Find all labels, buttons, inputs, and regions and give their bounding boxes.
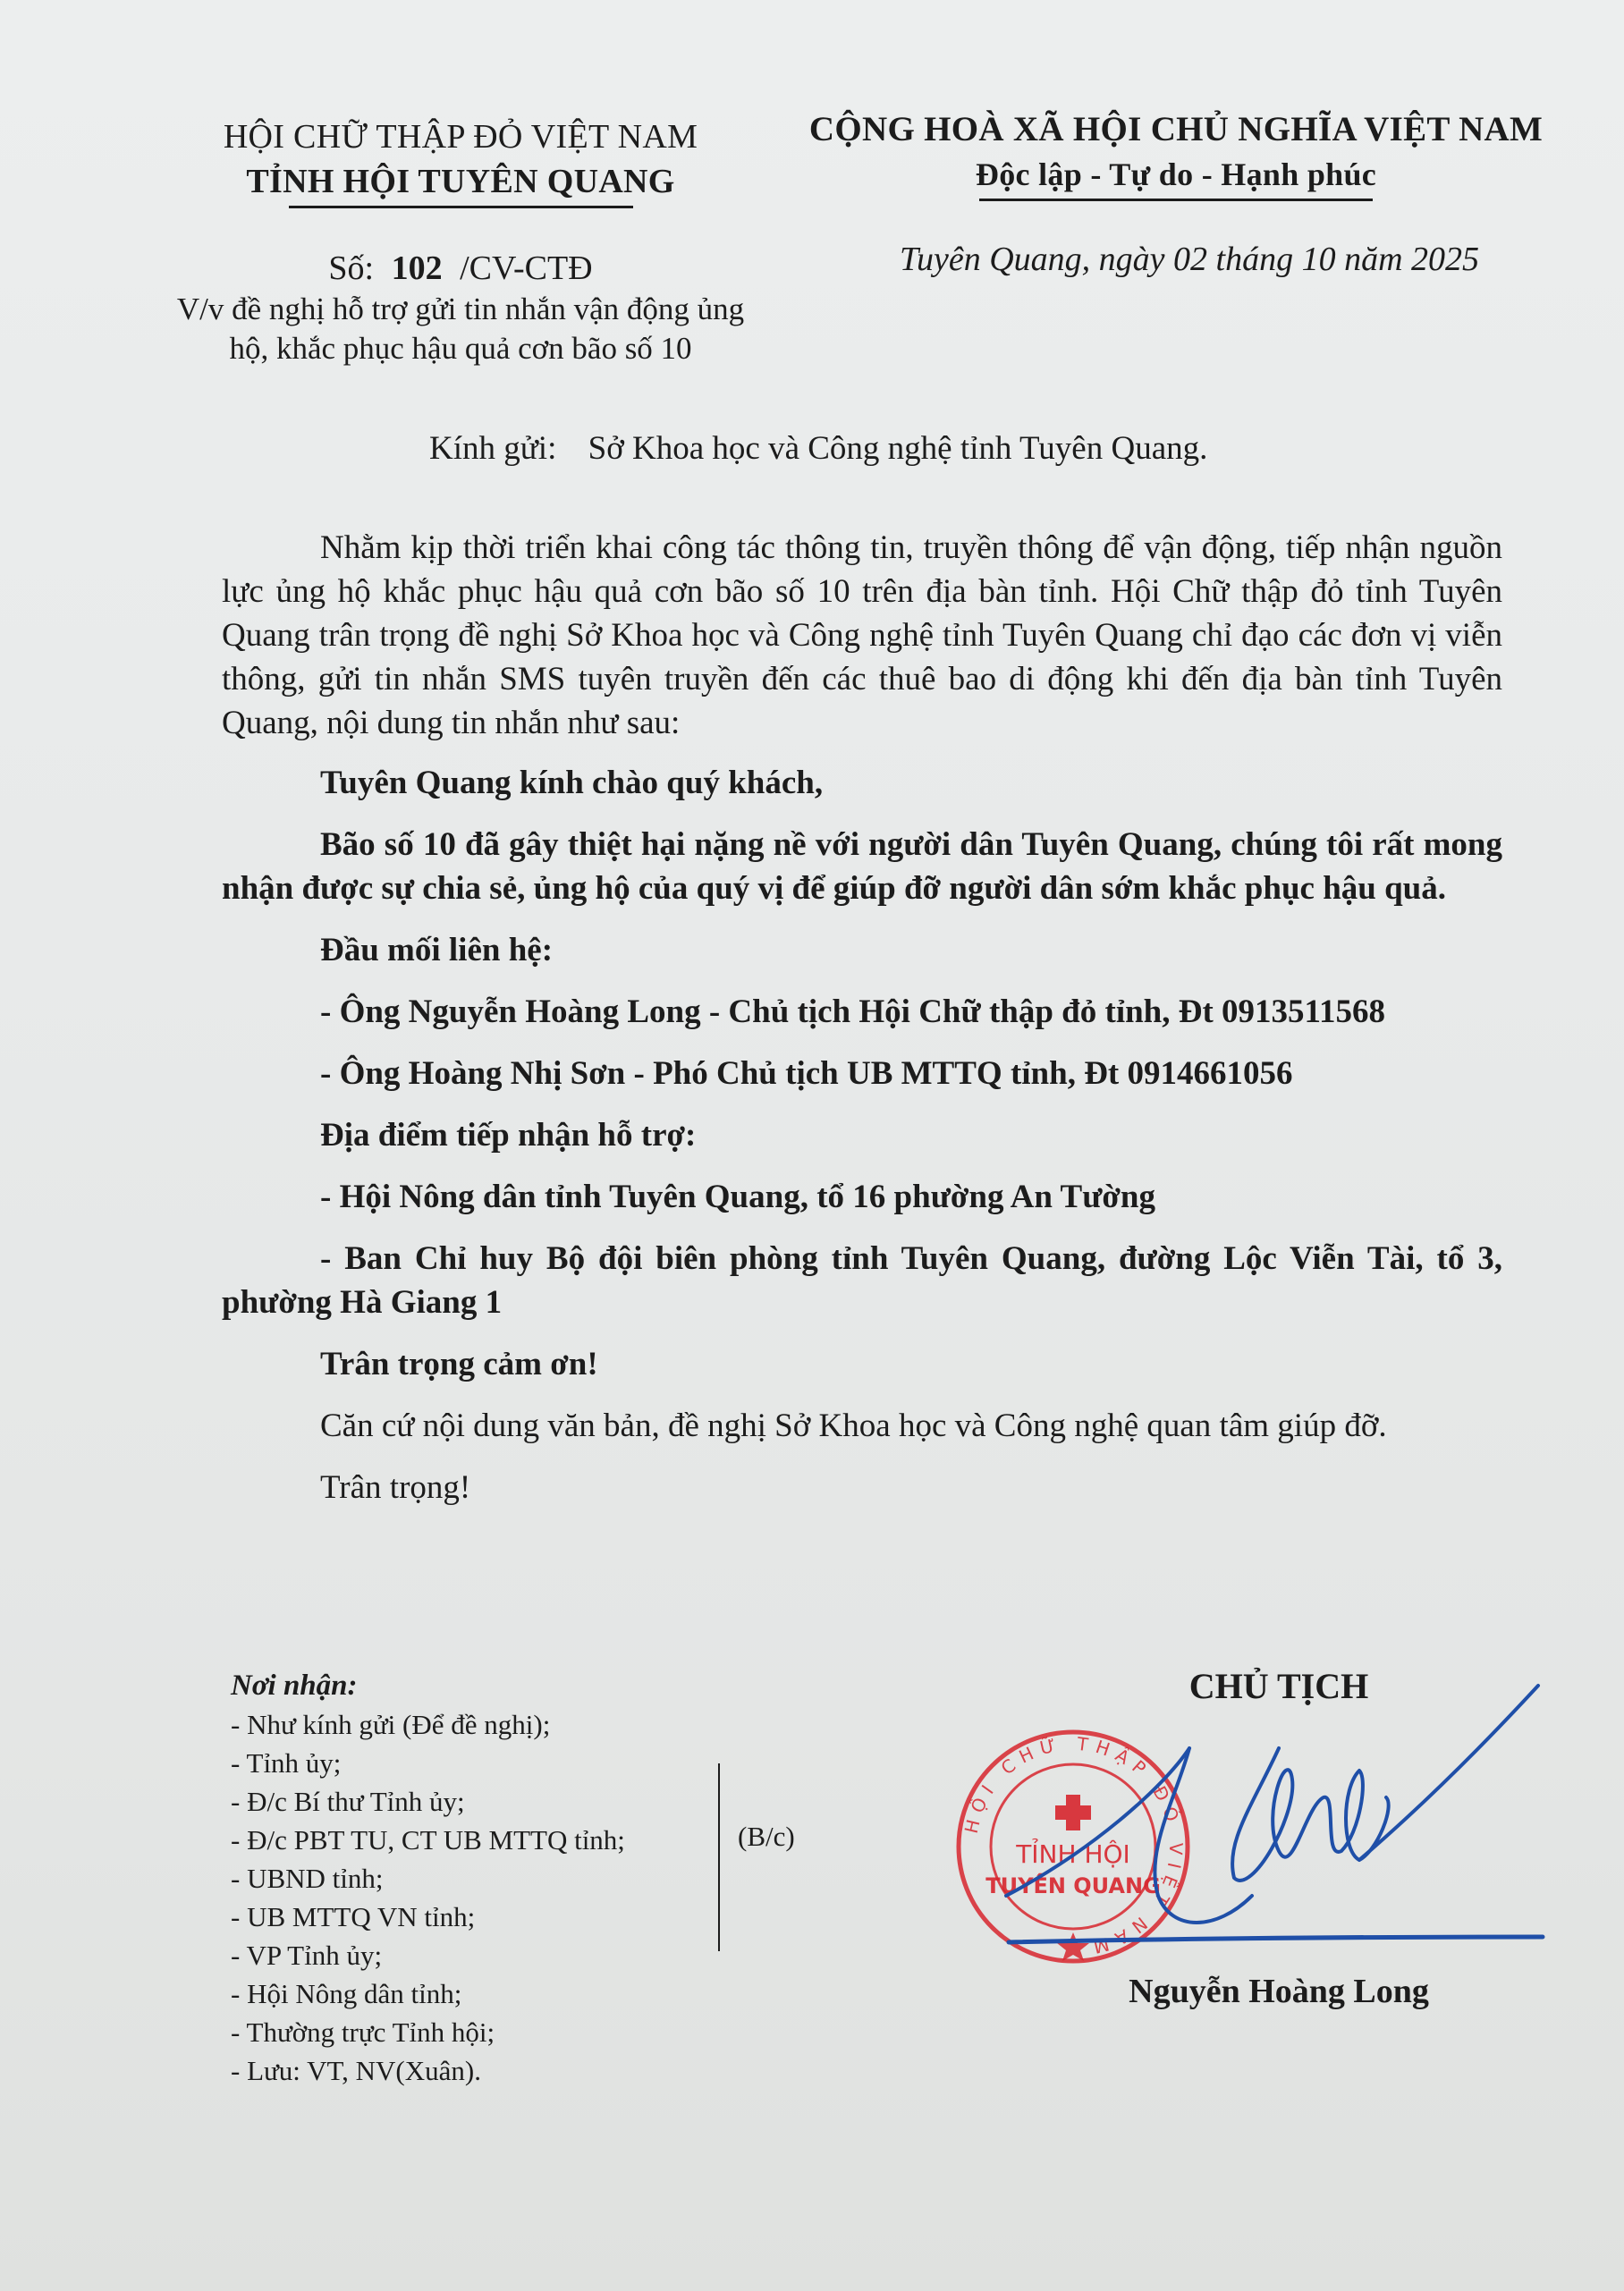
document-number: Số: 102 /CV-CTĐ <box>152 247 769 290</box>
issuer-org: HỘI CHỮ THẬP ĐỎ VIỆT NAM <box>152 114 769 159</box>
nation-title: CỘNG HOÀ XÃ HỘI CHỦ NGHĨA VIỆT NAM <box>760 107 1592 152</box>
recipient-label: Kính gửi: <box>429 430 556 467</box>
issuer-branch: TỈNH HỘI TUYÊN QUANG <box>152 159 769 204</box>
distribution-item: - Lưu: VT, NV(Xuân). <box>231 2051 625 2090</box>
document-subject: V/v đề nghị hỗ trợ gửi tin nhắn vận động… <box>107 290 814 368</box>
distribution-item: - Hội Nông dân tỉnh; <box>231 1974 625 2013</box>
sms-thanks: Trân trọng cảm ơn! <box>222 1342 1502 1386</box>
national-header: CỘNG HOÀ XÃ HỘI CHỦ NGHĨA VIỆT NAM Độc l… <box>760 107 1592 201</box>
closing-request: Căn cứ nội dung văn bản, đề nghị Sở Khoa… <box>222 1404 1502 1448</box>
sms-appeal: Bão số 10 đã gây thiệt hại nặng nề với n… <box>222 823 1502 910</box>
document-number-value: 102 <box>392 249 443 287</box>
recipient-line: Kính gửi: Sở Khoa học và Công nghệ tỉnh … <box>429 429 1207 468</box>
handwritten-signature-icon <box>984 1672 1556 1976</box>
locations-label: Địa điểm tiếp nhận hỗ trợ: <box>222 1113 1502 1157</box>
national-motto: Độc lập - Tự do - Hạnh phúc <box>760 152 1592 197</box>
closing: Trân trọng! <box>222 1466 1502 1509</box>
intro-paragraph: Nhằm kịp thời triển khai công tác thông … <box>222 526 1502 745</box>
bracket-note: (B/c) <box>738 1821 795 1853</box>
place-date: Tuyên Quang, ngày 02 tháng 10 năm 2025 <box>805 240 1574 279</box>
distribution-title: Nơi nhận: <box>231 1667 625 1705</box>
location-item: - Ban Chỉ huy Bộ đội biên phòng tỉnh Tuy… <box>222 1237 1502 1324</box>
sms-message: Tuyên Quang kính chào quý khách, Bão số … <box>222 761 1502 1386</box>
contacts-label: Đầu mối liên hệ: <box>222 928 1502 972</box>
letter-body: Nhằm kịp thời triển khai công tác thông … <box>222 526 1502 1509</box>
distribution-item: - Tỉnh ủy; <box>231 1744 625 1782</box>
bracket-divider <box>718 1763 720 1951</box>
issuer-block: HỘI CHỮ THẬP ĐỎ VIỆT NAM TỈNH HỘI TUYÊN … <box>152 114 769 208</box>
distribution-item: - Thường trực Tỉnh hội; <box>231 2013 625 2051</box>
distribution-item: - VP Tỉnh ủy; <box>231 1936 625 1974</box>
distribution-item: - Như kính gửi (Để đề nghị); <box>231 1705 625 1744</box>
contact-item: - Ông Hoàng Nhị Sơn - Phó Chủ tịch UB MT… <box>222 1052 1502 1095</box>
signer-name: Nguyễn Hoàng Long <box>1055 1972 1502 2011</box>
distribution-item: - Đ/c Bí thư Tỉnh ủy; <box>231 1782 625 1821</box>
distribution-item: - UBND tỉnh; <box>231 1859 625 1898</box>
contact-item: - Ông Nguyễn Hoàng Long - Chủ tịch Hội C… <box>222 990 1502 1034</box>
motto-underline <box>979 199 1373 201</box>
sms-greeting: Tuyên Quang kính chào quý khách, <box>222 761 1502 805</box>
distribution-item: - Đ/c PBT TU, CT UB MTTQ tỉnh; <box>231 1821 625 1859</box>
location-item: - Hội Nông dân tỉnh Tuyên Quang, tổ 16 p… <box>222 1175 1502 1219</box>
distribution-list: Nơi nhận: - Như kính gửi (Để đề nghị); -… <box>231 1667 625 2090</box>
distribution-item: - UB MTTQ VN tỉnh; <box>231 1898 625 1936</box>
issuer-underline <box>289 206 633 208</box>
recipient-name: Sở Khoa học và Công nghệ tỉnh Tuyên Quan… <box>588 430 1208 467</box>
